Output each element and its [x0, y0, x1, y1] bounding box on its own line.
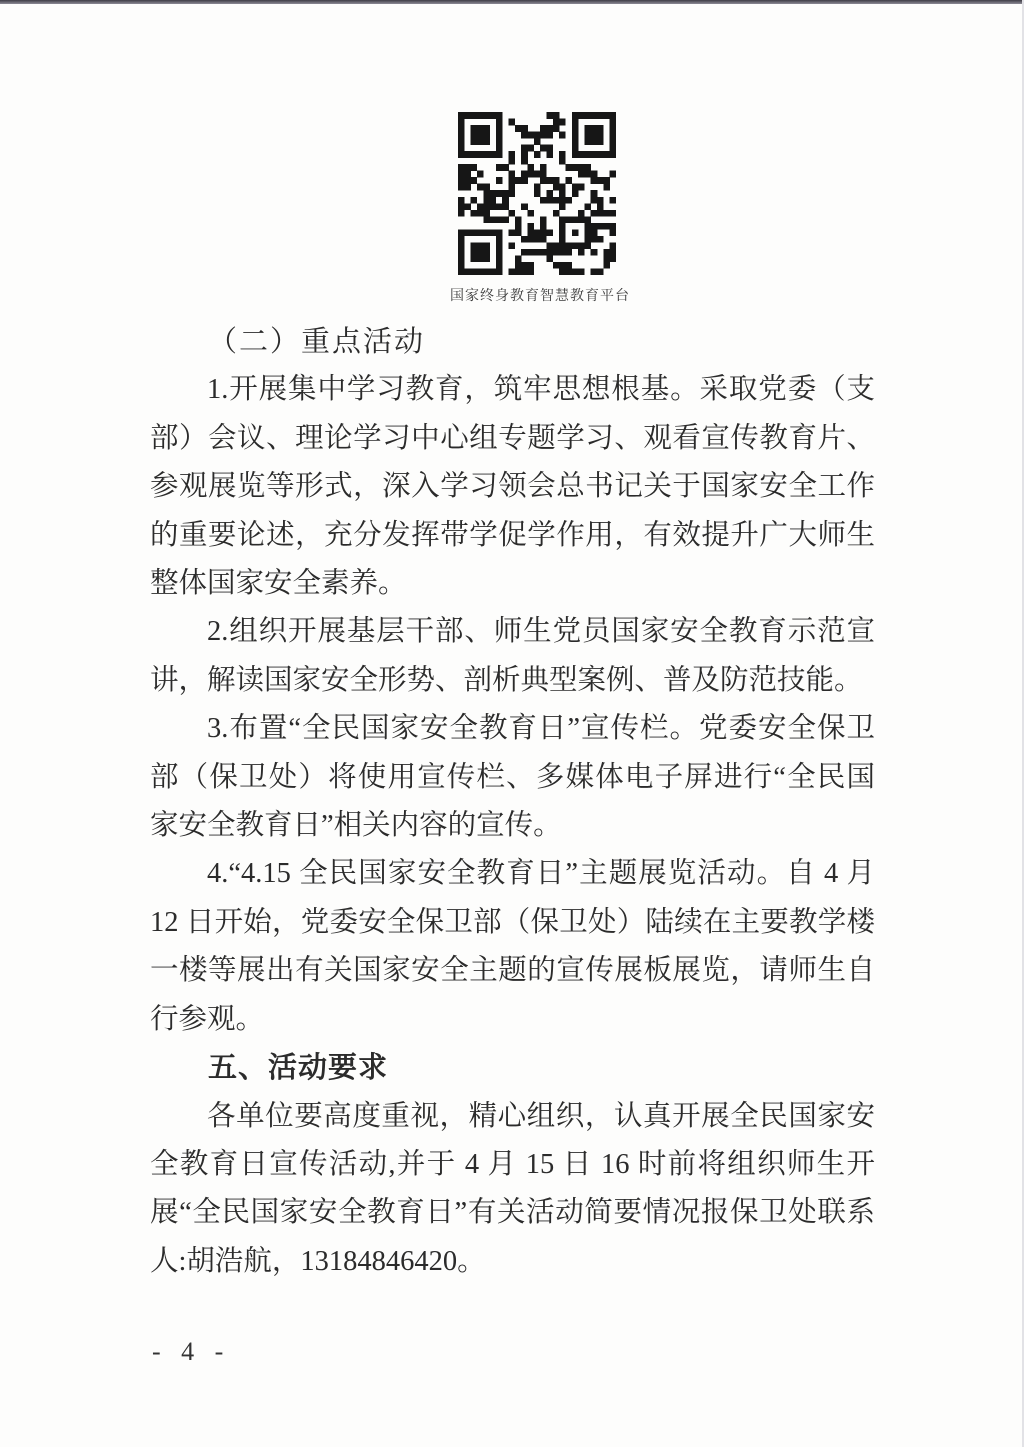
paragraph-requirements: 各单位要高度重视，精心组织，认真开展全民国家安全教育日宣传活动,并于 4 月 1… — [150, 1093, 875, 1287]
paragraph-item-3: 3.布置“全民国家安全教育日”宣传栏。党委安全保卫部（保卫处）将使用宣传栏、多媒… — [150, 705, 875, 850]
heading-activity-requirements: 五、活动要求 — [150, 1044, 875, 1092]
qr-code-icon — [458, 112, 616, 275]
scanned-document-page: 国家终身教育智慧教育平台 （二）重点活动 1.开展集中学习教育，筑牢思想根基。采… — [0, 0, 1024, 1447]
scan-artifact-top-edge — [0, 0, 1024, 4]
paragraph-item-2: 2.组织开展基层干部、师生党员国家安全教育示范宣讲，解读国家安全形势、剖析典型案… — [150, 608, 875, 705]
paragraph-item-4: 4.“4.15 全民国家安全教育日”主题展览活动。自 4 月 12 日开始，党委… — [150, 850, 875, 1044]
qr-caption: 国家终身教育智慧教育平台 — [450, 285, 624, 305]
qr-block: 国家终身教育智慧教育平台 — [450, 112, 624, 305]
paragraph-item-1: 1.开展集中学习教育，筑牢思想根基。采取党委（支部）会议、理论学习中心组专题学习… — [150, 366, 875, 608]
document-body: （二）重点活动 1.开展集中学习教育，筑牢思想根基。采取党委（支部）会议、理论学… — [150, 318, 875, 1286]
page-number: - 4 - — [152, 1337, 230, 1367]
subheading-key-activities: （二）重点活动 — [150, 318, 875, 366]
